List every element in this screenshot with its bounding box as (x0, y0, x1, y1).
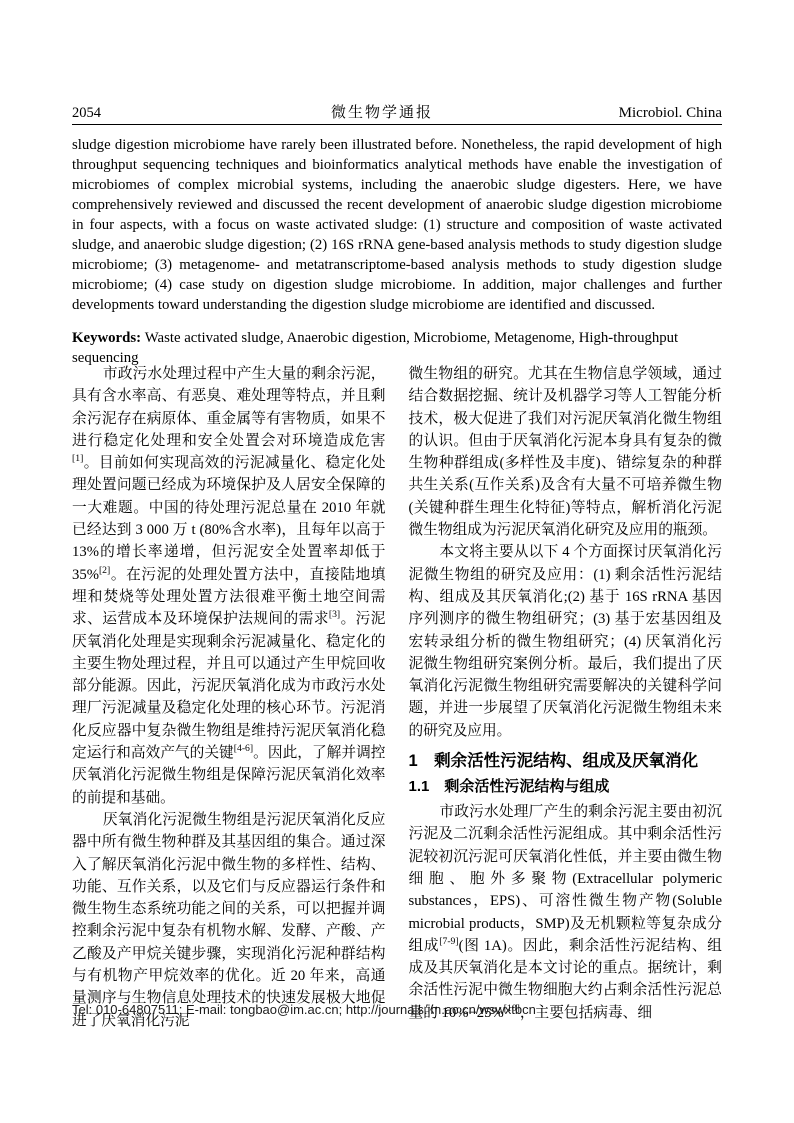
footer-contact: Tel: 010-64807511; E-mail: tongbao@im.ac… (72, 1002, 536, 1017)
left-column: 市政污水处理过程中产生大量的剩余污泥，具有含水率高、有恶臭、难处理等特点，并且剩… (72, 363, 386, 1032)
page-header: 2054 微生物学通报 Microbiol. China (72, 101, 722, 122)
paragraph: 本文将主要从以下 4 个方面探讨厌氧消化污泥微生物组的研究及应用：(1) 剩余活… (409, 541, 723, 742)
keywords-text: Waste activated sludge, Anaerobic digest… (72, 330, 678, 366)
journal-title-en: Microbiol. China (602, 105, 722, 122)
body-columns: 市政污水处理过程中产生大量的剩余污泥，具有含水率高、有恶臭、难处理等特点，并且剩… (72, 363, 722, 1032)
page-footer: Tel: 010-64807511; E-mail: tongbao@im.ac… (72, 1001, 722, 1019)
keywords-line: Keywords: Waste activated sludge, Anaero… (72, 328, 722, 368)
abstract-text: sludge digestion microbiome have rarely … (72, 135, 722, 315)
paragraph: 微生物组的研究。尤其在生物信息学领域，通过结合数据挖掘、统计及机器学习等人工智能… (409, 363, 723, 541)
paragraph: 市政污水处理厂产生的剩余污泥主要由初沉污泥及二沉剩余活性污泥组成。其中剩余活性污… (409, 801, 723, 1024)
header-rule (72, 124, 722, 125)
section-heading: 1 剩余活性污泥结构、组成及厌氧消化 (409, 749, 723, 773)
right-column: 微生物组的研究。尤其在生物信息学领域，通过结合数据挖掘、统计及机器学习等人工智能… (409, 363, 723, 1032)
subsection-heading: 1.1 剩余活性污泥结构与组成 (409, 776, 723, 798)
journal-title-cn: 微生物学通报 (162, 101, 602, 122)
paragraph: 市政污水处理过程中产生大量的剩余污泥，具有含水率高、有恶臭、难处理等特点，并且剩… (72, 363, 386, 809)
page-number: 2054 (72, 105, 162, 122)
paragraph: 厌氧消化污泥微生物组是污泥厌氧消化反应器中所有微生物种群及其基因组的集合。通过深… (72, 809, 386, 1032)
journal-page: 2054 微生物学通报 Microbiol. China sludge dige… (0, 0, 794, 1123)
keywords-label: Keywords: (72, 330, 145, 346)
